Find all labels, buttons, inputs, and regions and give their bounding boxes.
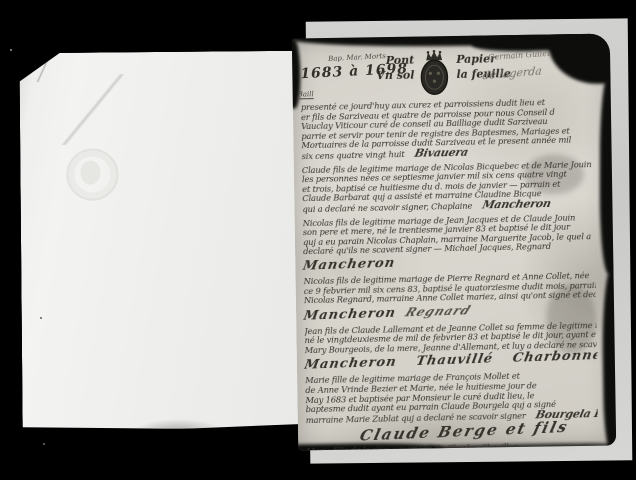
crowned-arms-icon xyxy=(416,48,453,99)
embossed-circular-stamp xyxy=(66,148,118,200)
tax-stamp: Pont Vn sol Papier la feuille xyxy=(376,51,497,99)
manuscript-header: Bap. Mar. Morts 1683 à 1698 Baill Pont V… xyxy=(292,34,611,103)
stamp-text-left-1: Pont xyxy=(376,53,414,69)
paper-crease xyxy=(38,74,149,145)
dust-speck xyxy=(43,443,45,445)
inline-signature: Bivauera xyxy=(413,148,469,159)
handwritten-entries: presenté ce jourd'huy aux curez et parro… xyxy=(301,98,599,451)
bottom-shadow xyxy=(133,418,223,431)
blank-left-page xyxy=(19,51,301,430)
manuscript-page: Bap. Mar. Morts 1683 à 1698 Baill Pont V… xyxy=(292,34,616,451)
scan-photo: Bap. Mar. Morts 1683 à 1698 Baill Pont V… xyxy=(0,0,636,480)
stamp-text-left-2: Vn sol xyxy=(376,68,414,84)
dust-speck xyxy=(10,49,12,51)
dust-speck xyxy=(40,317,42,319)
margin-note: Baill xyxy=(298,90,314,99)
inline-signature: Regnard xyxy=(402,302,473,320)
inline-signature: Mancheron xyxy=(481,199,552,210)
